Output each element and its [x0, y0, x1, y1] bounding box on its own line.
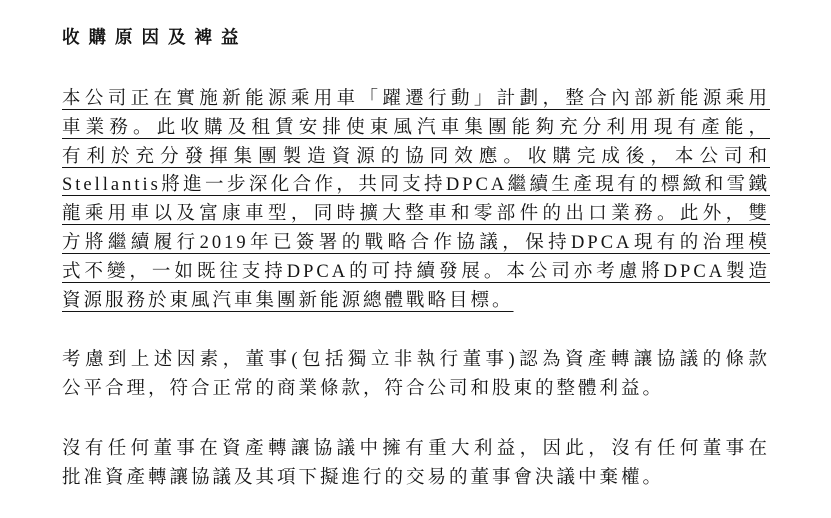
text-line: 龍乘用車以及富康車型，同時擴大整車和零部件的出口業務。此外，雙 — [62, 200, 770, 229]
text-line: 本公司正在實施新能源乘用車「躍遷行動」計劃，整合內部新能源乘用 — [62, 85, 770, 114]
paragraph: 沒有任何董事在資產轉讓協議中擁有重大利益，因此，沒有任何董事在批准資產轉讓協議及… — [62, 435, 770, 493]
document-body: 本公司正在實施新能源乘用車「躍遷行動」計劃，整合內部新能源乘用車業務。此收購及租… — [62, 85, 770, 493]
text-line: Stellantis將進一步深化合作，共同支持DPCA繼續生產現有的標緻和雪鐵 — [62, 171, 770, 200]
text-line: 車業務。此收購及租賃安排使東風汽車集團能夠充分利用現有產能， — [62, 114, 770, 143]
text-line: 批准資產轉讓協議及其項下擬進行的交易的董事會決議中棄權。 — [62, 464, 770, 493]
text-line: 資源服務於東風汽車集團新能源總體戰略目標。 — [62, 287, 770, 316]
document-page: 收購原因及裨益 本公司正在實施新能源乘用車「躍遷行動」計劃，整合內部新能源乘用車… — [62, 24, 770, 518]
text-line: 考慮到上述因素，董事(包括獨立非執行董事)認為資產轉讓協議的條款 — [62, 346, 770, 375]
text-line: 式不變，一如既往支持DPCA的可持續發展。本公司亦考慮將DPCA製造 — [62, 258, 770, 287]
text-line: 有利於充分發揮集團製造資源的協同效應。收購完成後，本公司和 — [62, 143, 770, 172]
paragraph-underlined: 本公司正在實施新能源乘用車「躍遷行動」計劃，整合內部新能源乘用車業務。此收購及租… — [62, 85, 770, 315]
paragraph: 考慮到上述因素，董事(包括獨立非執行董事)認為資產轉讓協議的條款公平合理，符合正… — [62, 346, 770, 404]
text-line: 公平合理，符合正常的商業條款，符合公司和股東的整體利益。 — [62, 375, 770, 404]
text-line: 沒有任何董事在資產轉讓協議中擁有重大利益，因此，沒有任何董事在 — [62, 435, 770, 464]
section-heading: 收購原因及裨益 — [62, 24, 770, 50]
text-line: 方將繼續履行2019年已簽署的戰略合作協議，保持DPCA現有的治理模 — [62, 229, 770, 258]
